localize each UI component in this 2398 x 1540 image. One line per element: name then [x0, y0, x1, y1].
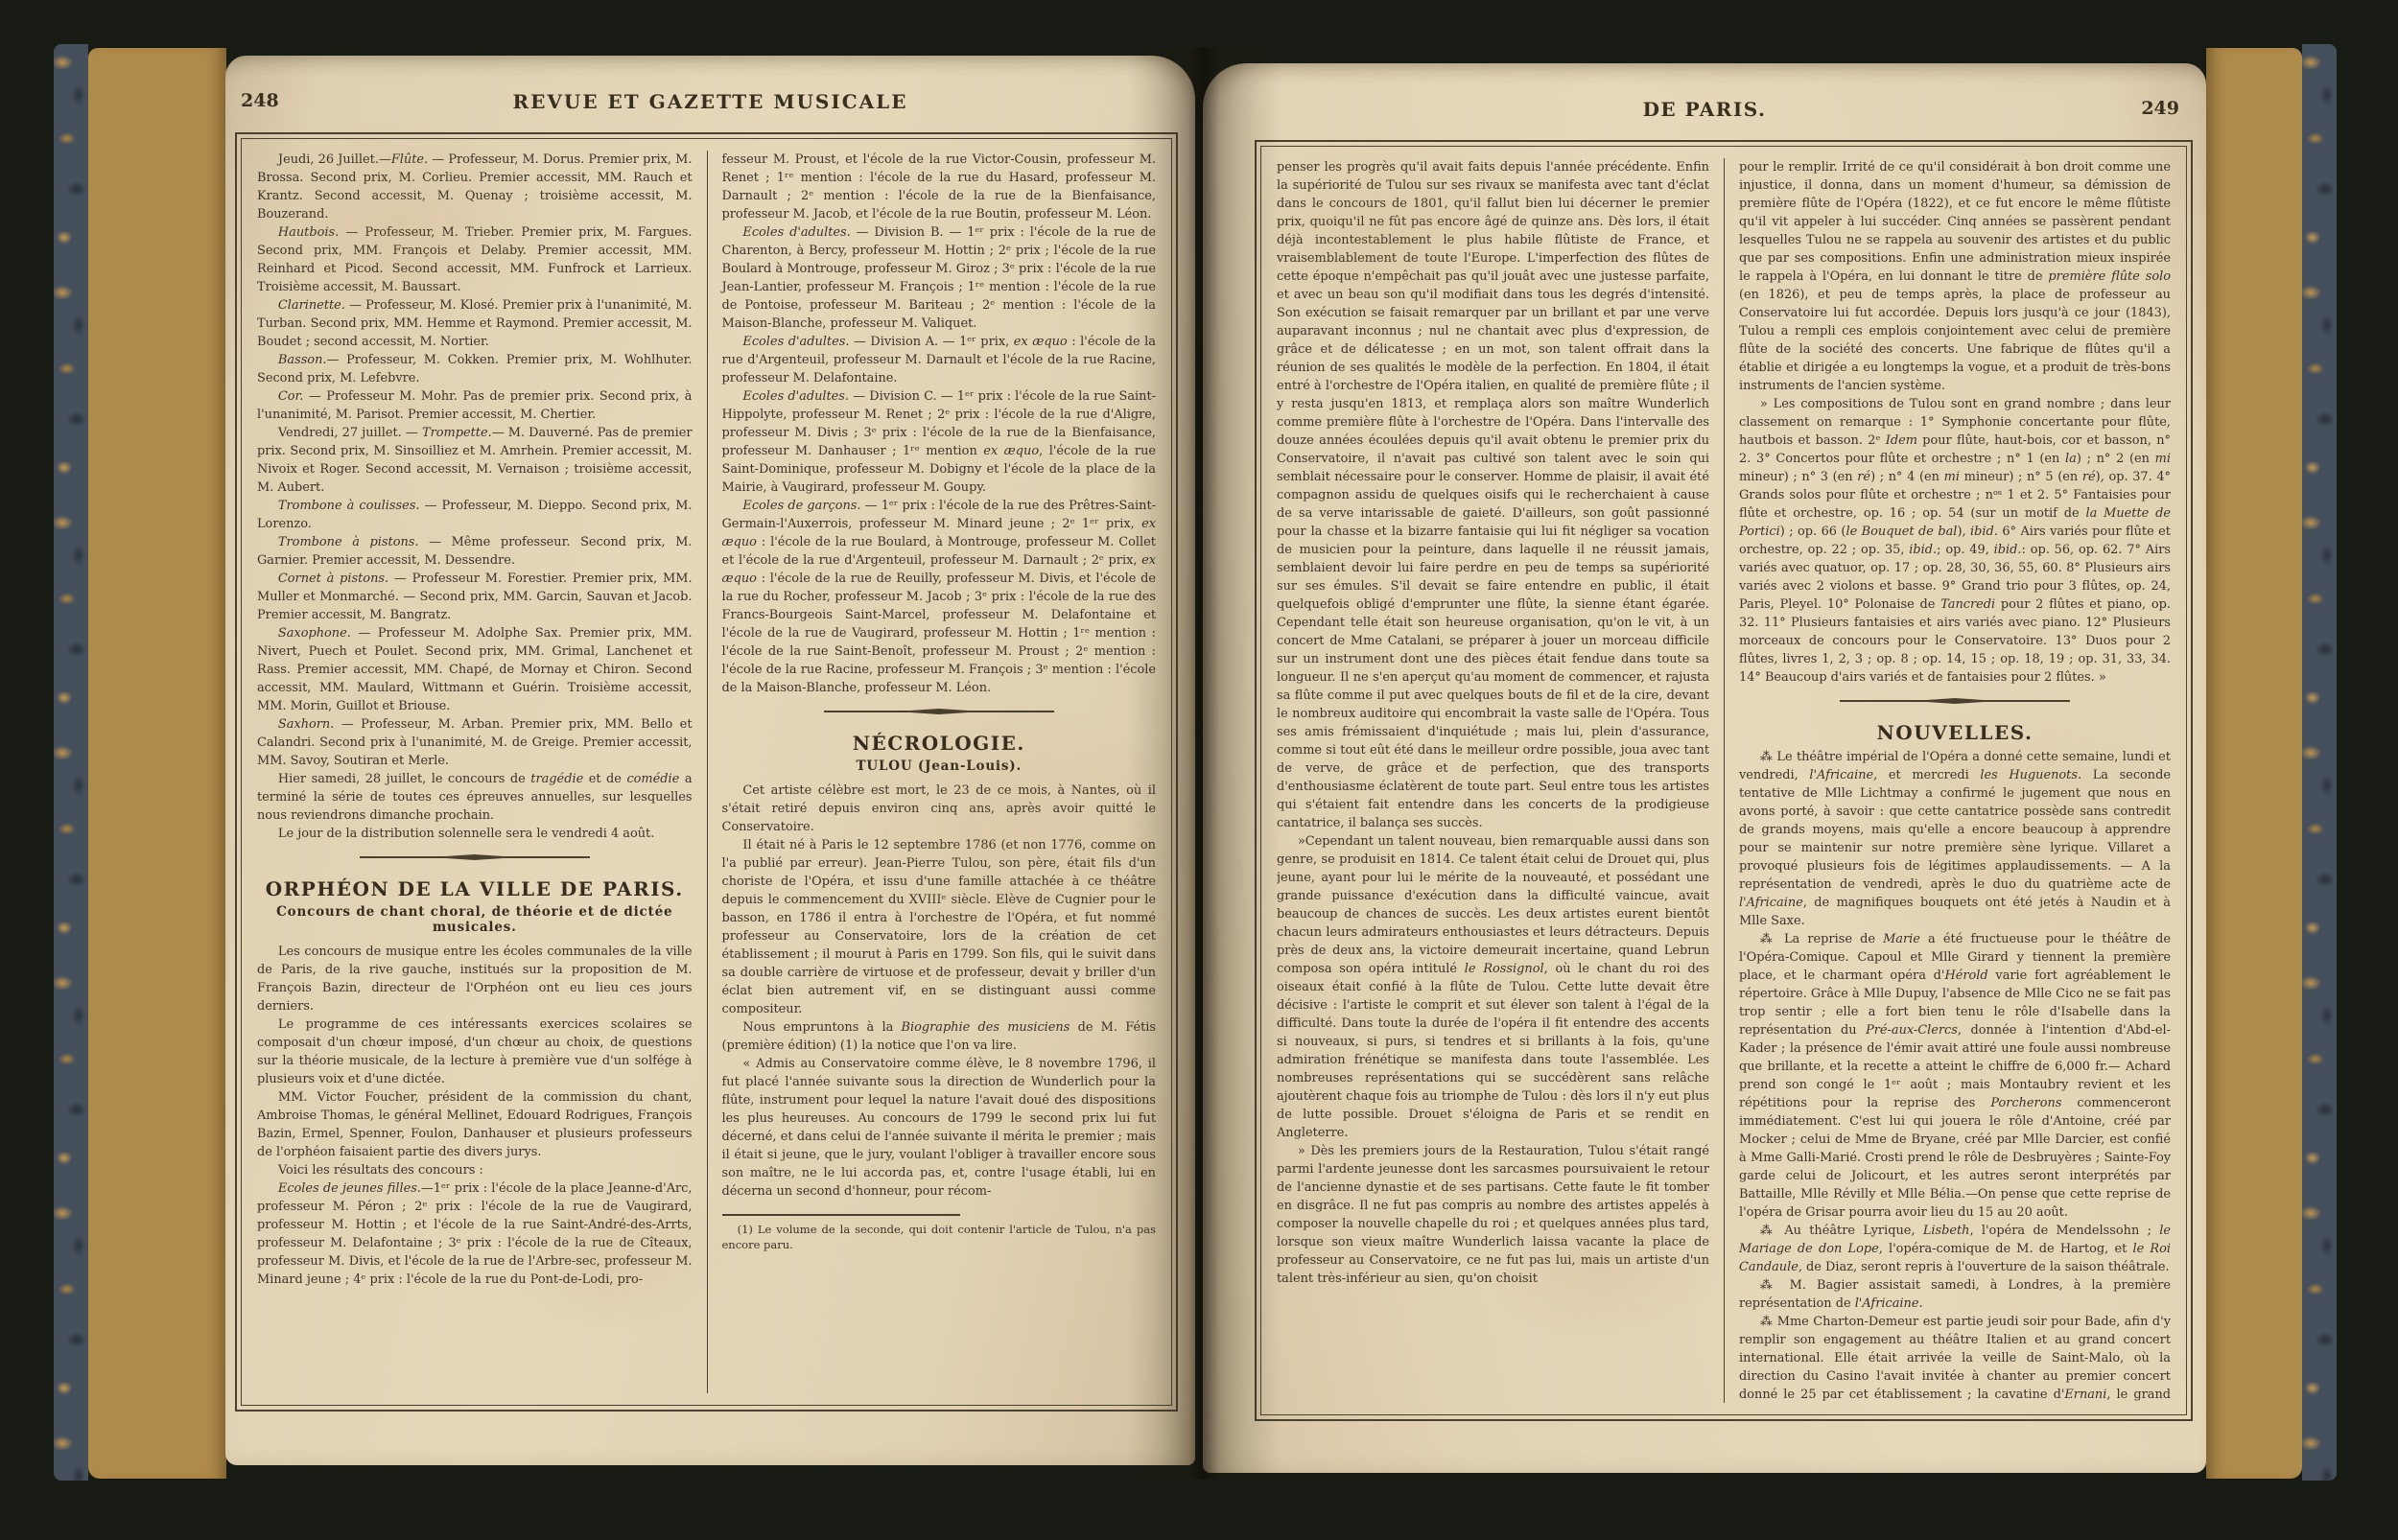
paragraph: Saxhorn. — Professeur, M. Arban. Premier… — [257, 715, 693, 770]
text-frame-left: Jeudi, 26 Juillet.—Flûte. — Professeur, … — [235, 132, 1178, 1412]
divider-line — [824, 711, 1054, 712]
paragraph: Basson.— Professeur, M. Cokken. Premier … — [257, 351, 693, 387]
text-frame-left-inner: Jeudi, 26 Juillet.—Flûte. — Professeur, … — [241, 138, 1172, 1406]
paragraph: « Admis au Conservatoire comme élève, le… — [722, 1055, 1157, 1201]
journal-title-continued: DE PARIS. — [1203, 98, 2206, 121]
paragraph: ⁂ Le théâtre impérial de l'Opéra a donné… — [1739, 748, 2171, 930]
paragraph: Cor. — Professeur M. Mohr. Pas de premie… — [257, 387, 693, 424]
paragraph: Trombone à pistons. — Même professeur. S… — [257, 533, 693, 570]
right-page-column-2: pour le remplir. Irrité de ce qu'il cons… — [1724, 158, 2171, 1403]
page-block-edge-left — [88, 48, 226, 1479]
section-subtitle: TULOU (Jean-Louis). — [722, 758, 1157, 774]
page-number-right: 249 — [2141, 98, 2179, 119]
paragraph: ⁂ Au théâtre Lyrique, Lisbeth, l'opéra d… — [1739, 1222, 2171, 1276]
journal-title: REVUE ET GAZETTE MUSICALE — [225, 90, 1195, 113]
paragraph: pour le remplir. Irrité de ce qu'il cons… — [1739, 158, 2171, 395]
paragraph: Les concours de musique entre les écoles… — [257, 943, 693, 1015]
text-frame-right: penser les progrès qu'il avait faits dep… — [1255, 140, 2193, 1421]
paragraph: Jeudi, 26 Juillet.—Flûte. — Professeur, … — [257, 151, 693, 223]
paragraph: Voici les résultats des concours : — [257, 1161, 693, 1179]
divider-line — [1840, 700, 2070, 702]
paragraph: Cet artiste célèbre est mort, le 23 de c… — [722, 782, 1157, 836]
paragraph: penser les progrès qu'il avait faits dep… — [1277, 158, 1709, 832]
paragraph: Cornet à pistons. — Professeur M. Forest… — [257, 570, 693, 624]
paragraph: » Les compositions de Tulou sont en gran… — [1739, 395, 2171, 687]
paragraph: Le jour de la distribution solennelle se… — [257, 825, 693, 843]
section-title: NOUVELLES. — [1739, 721, 2171, 744]
book-cover-marbled-edge-right — [2302, 44, 2337, 1481]
paragraph: Vendredi, 27 juillet. — Trompette.— M. D… — [257, 424, 693, 497]
page-block-edge-right — [2206, 48, 2302, 1479]
paragraph: Trombone à coulisses. — Professeur, M. D… — [257, 497, 693, 533]
section-title: ORPHÉON DE LA VILLE DE PARIS. — [257, 877, 693, 900]
paragraph: Saxophone. — Professeur M. Adolphe Sax. … — [257, 624, 693, 715]
paragraph: Le programme de ces intéressants exercic… — [257, 1015, 693, 1088]
paragraph: Ecoles de garçons. — 1ᵉʳ prix : l'école … — [722, 497, 1157, 697]
paragraph: Hier samedi, 28 juillet, le concours de … — [257, 770, 693, 825]
divider-line — [360, 856, 590, 858]
running-head-left: 248 REVUE ET GAZETTE MUSICALE — [225, 90, 1195, 123]
left-page-column-1: Jeudi, 26 Juillet.—Flûte. — Professeur, … — [257, 151, 707, 1393]
paragraph: Ecoles d'adultes. — Division B. — 1ᵉʳ pr… — [722, 223, 1157, 333]
section-divider-rule — [257, 847, 693, 868]
paragraph: fesseur M. Proust, et l'école de la rue … — [722, 151, 1157, 223]
section-divider-rule — [1739, 690, 2171, 712]
running-head-right: DE PARIS. 249 — [1203, 98, 2206, 130]
paragraph: Il était né à Paris le 12 septembre 1786… — [722, 836, 1157, 1018]
book-cover-marbled-edge-left — [54, 44, 88, 1481]
paragraph: Nous empruntons à la Biographie des musi… — [722, 1018, 1157, 1055]
right-page-column-1: penser les progrès qu'il avait faits dep… — [1277, 158, 1724, 1403]
paragraph: ⁂ M. Bagier assistait samedi, à Londres,… — [1739, 1276, 2171, 1313]
paragraph: Ecoles de jeunes filles.—1ᵉʳ prix : l'éc… — [257, 1179, 693, 1289]
page-right: DE PARIS. 249 penser les progrès qu'il a… — [1203, 63, 2206, 1473]
paragraph: MM. Victor Foucher, président de la comm… — [257, 1088, 693, 1161]
columns-left-page: Jeudi, 26 Juillet.—Flûte. — Professeur, … — [242, 139, 1171, 1405]
footnote-rule — [722, 1214, 961, 1216]
columns-right-page: penser les progrès qu'il avait faits dep… — [1261, 147, 2186, 1414]
paragraph: Hautbois. — Professeur, M. Trieber. Prem… — [257, 223, 693, 296]
paragraph: Clarinette. — Professeur, M. Klosé. Prem… — [257, 296, 693, 351]
paragraph: ⁂ Mme Charton-Demeur est partie jeudi so… — [1739, 1313, 2171, 1403]
paragraph: » Dès les premiers jours de la Restaurat… — [1277, 1142, 1709, 1288]
paragraph: Ecoles d'adultes. — Division C. — 1ᵉʳ pr… — [722, 387, 1157, 497]
section-title: NÉCROLOGIE. — [722, 732, 1157, 755]
left-page-column-2: fesseur M. Proust, et l'école de la rue … — [707, 151, 1157, 1393]
page-left: 248 REVUE ET GAZETTE MUSICALE Jeudi, 26 … — [225, 56, 1195, 1465]
open-book-photo: 248 REVUE ET GAZETTE MUSICALE Jeudi, 26 … — [0, 0, 2398, 1540]
footnote: (1) Le volume de la seconde, qui doit co… — [722, 1222, 1157, 1252]
section-divider-rule — [722, 701, 1157, 722]
paragraph: Ecoles d'adultes. — Division A. — 1ᵉʳ pr… — [722, 333, 1157, 387]
text-frame-right-inner: penser les progrès qu'il avait faits dep… — [1260, 146, 2187, 1415]
section-subtitle: Concours de chant choral, de théorie et … — [257, 904, 693, 935]
paragraph: »Cependant un talent nouveau, bien remar… — [1277, 832, 1709, 1142]
paragraph: ⁂ La reprise de Marie a été fructueuse p… — [1739, 930, 2171, 1222]
